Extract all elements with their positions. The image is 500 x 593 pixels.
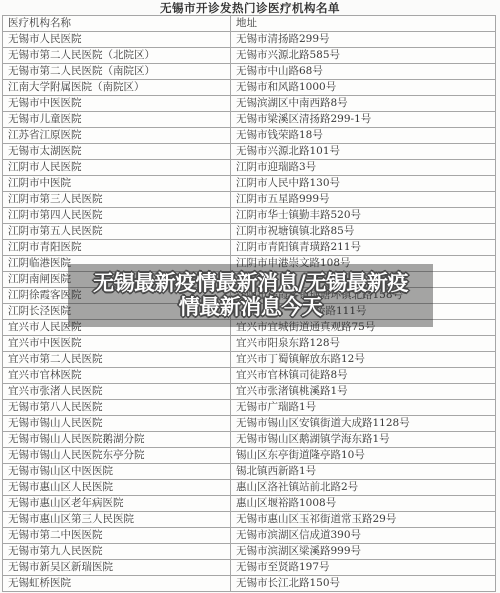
address-cell: 锡北镇西新路1号 — [231, 464, 496, 480]
institution-name-cell: 宜兴市官林医院 — [3, 368, 231, 384]
table-row: 江阴市第四人民医院 江阴市华士镇勤丰路520号 — [3, 208, 496, 224]
address-cell: 宜兴市阳泉东路128号 — [231, 336, 496, 352]
table-row: 无锡市第九人民医院 无锡市滨湖区梁溪路999号 — [3, 544, 496, 560]
document-title: 无锡市开诊发热门诊医疗机构名单 — [0, 0, 500, 15]
table-row: 宜兴市中医医院 宜兴市阳泉东路128号 — [3, 336, 496, 352]
table-row: 江阴徐霞客医院 江阴市徐霞客镇璜塘环镇北路158号 — [3, 288, 496, 304]
table-row: 无锡市儿童医院 无锡市梁溪区清扬路299-1号 — [3, 112, 496, 128]
table-row: 无锡市人民医院 无锡市清扬路299号 — [3, 32, 496, 48]
table-row: 无锡市锡山人民医院东亭分院 锡山区东亭街道隆亭路10号 — [3, 448, 496, 464]
address-cell: 锡山区东亭街道隆亭路10号 — [231, 448, 496, 464]
address-cell: 宜兴市张渚镇桃溪路1号 — [231, 384, 496, 400]
table-body: 无锡市人民医院 无锡市清扬路299号 无锡市第二人民医院（北院区） 无锡市兴源北… — [3, 32, 496, 592]
address-cell — [231, 272, 496, 288]
institution-name-cell: 江阴长泾医院 — [3, 304, 231, 320]
institution-name-cell: 宜兴市人民医院 — [3, 320, 231, 336]
table-row: 无锡市锡山区中医医院 锡北镇西新路1号 — [3, 464, 496, 480]
institution-name-cell: 无锡市锡山人民医院 — [3, 416, 231, 432]
address-cell: 无锡市广瑞路1号 — [231, 400, 496, 416]
address-cell: 江阴市迎瑞路3号 — [231, 160, 496, 176]
institution-name-cell: 无锡市新吴区新瑞医院 — [3, 560, 231, 576]
institution-name-cell: 无锡市第九人民医院 — [3, 544, 231, 560]
address-cell: 惠山区堰裕路1008号 — [231, 496, 496, 512]
table-row: 江阴市第三人民医院 江阴市五星路999号 — [3, 192, 496, 208]
page-background: 无锡市开诊发热门诊医疗机构名单 医疗机构名称 地址 无锡市人民医院 无锡市清扬路… — [0, 0, 500, 593]
table-row: 江阴长泾医院 桥路111号 — [3, 304, 496, 320]
institution-name-cell: 江阴市中医院 — [3, 176, 231, 192]
table-row: 宜兴市人民医院 宜兴市宜城街道通真观路75号 — [3, 320, 496, 336]
institution-name-cell: 宜兴市第二人民医院 — [3, 352, 231, 368]
address-cell: 无锡市清扬路299号 — [231, 32, 496, 48]
address-cell: 无锡市长江北路150号 — [231, 576, 496, 592]
address-cell: 江阴市申港崇文路108号 — [231, 256, 496, 272]
address-cell: 无锡市和风路1000号 — [231, 80, 496, 96]
address-cell: 江阴市人民中路130号 — [231, 176, 496, 192]
table-row: 江阴南闸医院 — [3, 272, 496, 288]
address-cell: 江阴市祝塘镇镇北路85号 — [231, 224, 496, 240]
table-row: 无锡市第二中医医院 无锡市滨湖区信成道390号 — [3, 528, 496, 544]
address-cell: 无锡市惠山区玉祁街道常玉路29号 — [231, 512, 496, 528]
table-row: 江阴市中医院 江阴市人民中路130号 — [3, 176, 496, 192]
table-row: 无锡市锡山人民医院 无锡市锡山区安镇街道大成路1128号 — [3, 416, 496, 432]
table-row: 江阴市青阳医院 江阴市青阳镇青璜路211号 — [3, 240, 496, 256]
institution-name-cell: 无锡市锡山人民医院东亭分院 — [3, 448, 231, 464]
table-row: 无锡市惠山区第三人民医院 无锡市惠山区玉祁街道常玉路29号 — [3, 512, 496, 528]
institution-name-cell: 江阴市人民医院 — [3, 160, 231, 176]
institution-name-cell: 无锡市第二中医医院 — [3, 528, 231, 544]
table-row: 江阴临港医院 江阴市申港崇文路108号 — [3, 256, 496, 272]
table-row: 无锡市惠山区老年病医院 惠山区堰裕路1008号 — [3, 496, 496, 512]
fever-clinic-table: 医疗机构名称 地址 无锡市人民医院 无锡市清扬路299号 无锡市第二人民医院（北… — [2, 15, 496, 592]
table-row: 无锡虹桥医院 无锡市长江北路150号 — [3, 576, 496, 592]
institution-name-cell: 无锡市人民医院 — [3, 32, 231, 48]
institution-name-cell: 江阴市第五人民医院 — [3, 224, 231, 240]
institution-name-cell: 江阴临港医院 — [3, 256, 231, 272]
institution-name-cell: 无锡市中医医院 — [3, 96, 231, 112]
address-cell: 无锡市钱荣路18号 — [231, 128, 496, 144]
address-cell: 江阴市青阳镇青璜路211号 — [231, 240, 496, 256]
address-cell: 江阴市五星路999号 — [231, 192, 496, 208]
institution-name-cell: 江阴市青阳医院 — [3, 240, 231, 256]
institution-name-cell: 无锡市惠山区老年病医院 — [3, 496, 231, 512]
institution-name-cell: 江阴市第四人民医院 — [3, 208, 231, 224]
institution-name-cell: 江南大学附属医院（南院区） — [3, 80, 231, 96]
institution-name-cell: 无锡市惠山区第三人民医院 — [3, 512, 231, 528]
address-cell: 无锡市锡山区安镇街道大成路1128号 — [231, 416, 496, 432]
address-cell: 无锡市滨湖区信成道390号 — [231, 528, 496, 544]
address-cell: 无锡市兴源北路101号 — [231, 144, 496, 160]
institution-name-cell: 无锡市锡山人民医院鹅湖分院 — [3, 432, 231, 448]
table-row: 无锡市惠山区人民医院 惠山区洛社镇站前北路2号 — [3, 480, 496, 496]
table-row: 宜兴市张渚人民医院 宜兴市张渚镇桃溪路1号 — [3, 384, 496, 400]
table-header-row: 医疗机构名称 地址 — [3, 16, 496, 32]
institution-name-cell: 江阴徐霞客医院 — [3, 288, 231, 304]
address-cell: 宜兴市宜城街道通真观路75号 — [231, 320, 496, 336]
institution-name-cell: 无锡市太湖医院 — [3, 144, 231, 160]
institution-name-cell: 无锡虹桥医院 — [3, 576, 231, 592]
institution-name-cell: 江阴市第三人民医院 — [3, 192, 231, 208]
table-row: 江苏省江原医院 无锡市钱荣路18号 — [3, 128, 496, 144]
address-cell: 宜兴市官林镇司徒路8号 — [231, 368, 496, 384]
institution-name-cell: 无锡市儿童医院 — [3, 112, 231, 128]
institution-name-cell: 宜兴市中医医院 — [3, 336, 231, 352]
table-row: 无锡市第二人民医院（南院区） 无锡市中山路68号 — [3, 64, 496, 80]
address-cell: 无锡市梁溪区清扬路299-1号 — [231, 112, 496, 128]
address-cell: 惠山区洛社镇站前北路2号 — [231, 480, 496, 496]
table-row: 无锡市太湖医院 无锡市兴源北路101号 — [3, 144, 496, 160]
address-cell: 江阴市徐霞客镇璜塘环镇北路158号 — [231, 288, 496, 304]
table-row: 江南大学附属医院（南院区） 无锡市和风路1000号 — [3, 80, 496, 96]
institution-name-cell: 无锡市第八人民医院 — [3, 400, 231, 416]
institution-name-cell: 江苏省江原医院 — [3, 128, 231, 144]
address-cell: 桥路111号 — [231, 304, 496, 320]
address-cell: 无锡市锡山区鹅湖镇学海东路1号 — [231, 432, 496, 448]
table-row: 无锡市锡山人民医院鹅湖分院 无锡市锡山区鹅湖镇学海东路1号 — [3, 432, 496, 448]
institution-name-cell: 无锡市第二人民医院（北院区） — [3, 48, 231, 64]
table-row: 无锡市第八人民医院 无锡市广瑞路1号 — [3, 400, 496, 416]
address-cell: 无锡市兴源北路585号 — [231, 48, 496, 64]
table-row: 江阴市第五人民医院 江阴市祝塘镇镇北路85号 — [3, 224, 496, 240]
column-header-institution: 医疗机构名称 — [3, 16, 231, 32]
address-cell: 无锡滨湖区中南西路8号 — [231, 96, 496, 112]
address-cell: 无锡市滨湖区梁溪路999号 — [231, 544, 496, 560]
column-header-address: 地址 — [231, 16, 496, 32]
table-row: 江阴市人民医院 江阴市迎瑞路3号 — [3, 160, 496, 176]
address-cell: 宜兴市丁蜀镇解放东路12号 — [231, 352, 496, 368]
institution-name-cell: 宜兴市张渚人民医院 — [3, 384, 231, 400]
table-row: 宜兴市官林医院 宜兴市官林镇司徒路8号 — [3, 368, 496, 384]
table-row: 无锡市第二人民医院（北院区） 无锡市兴源北路585号 — [3, 48, 496, 64]
institution-name-cell: 无锡市惠山区人民医院 — [3, 480, 231, 496]
institution-name-cell: 无锡市第二人民医院（南院区） — [3, 64, 231, 80]
table-row: 无锡市新吴区新瑞医院 无锡市至贤路197号 — [3, 560, 496, 576]
address-cell: 江阴市华士镇勤丰路520号 — [231, 208, 496, 224]
table-row: 无锡市中医医院 无锡滨湖区中南西路8号 — [3, 96, 496, 112]
institution-name-cell: 江阴南闸医院 — [3, 272, 231, 288]
address-cell: 无锡市中山路68号 — [231, 64, 496, 80]
institution-name-cell: 无锡市锡山区中医医院 — [3, 464, 231, 480]
address-cell: 无锡市至贤路197号 — [231, 560, 496, 576]
table-row: 宜兴市第二人民医院 宜兴市丁蜀镇解放东路12号 — [3, 352, 496, 368]
